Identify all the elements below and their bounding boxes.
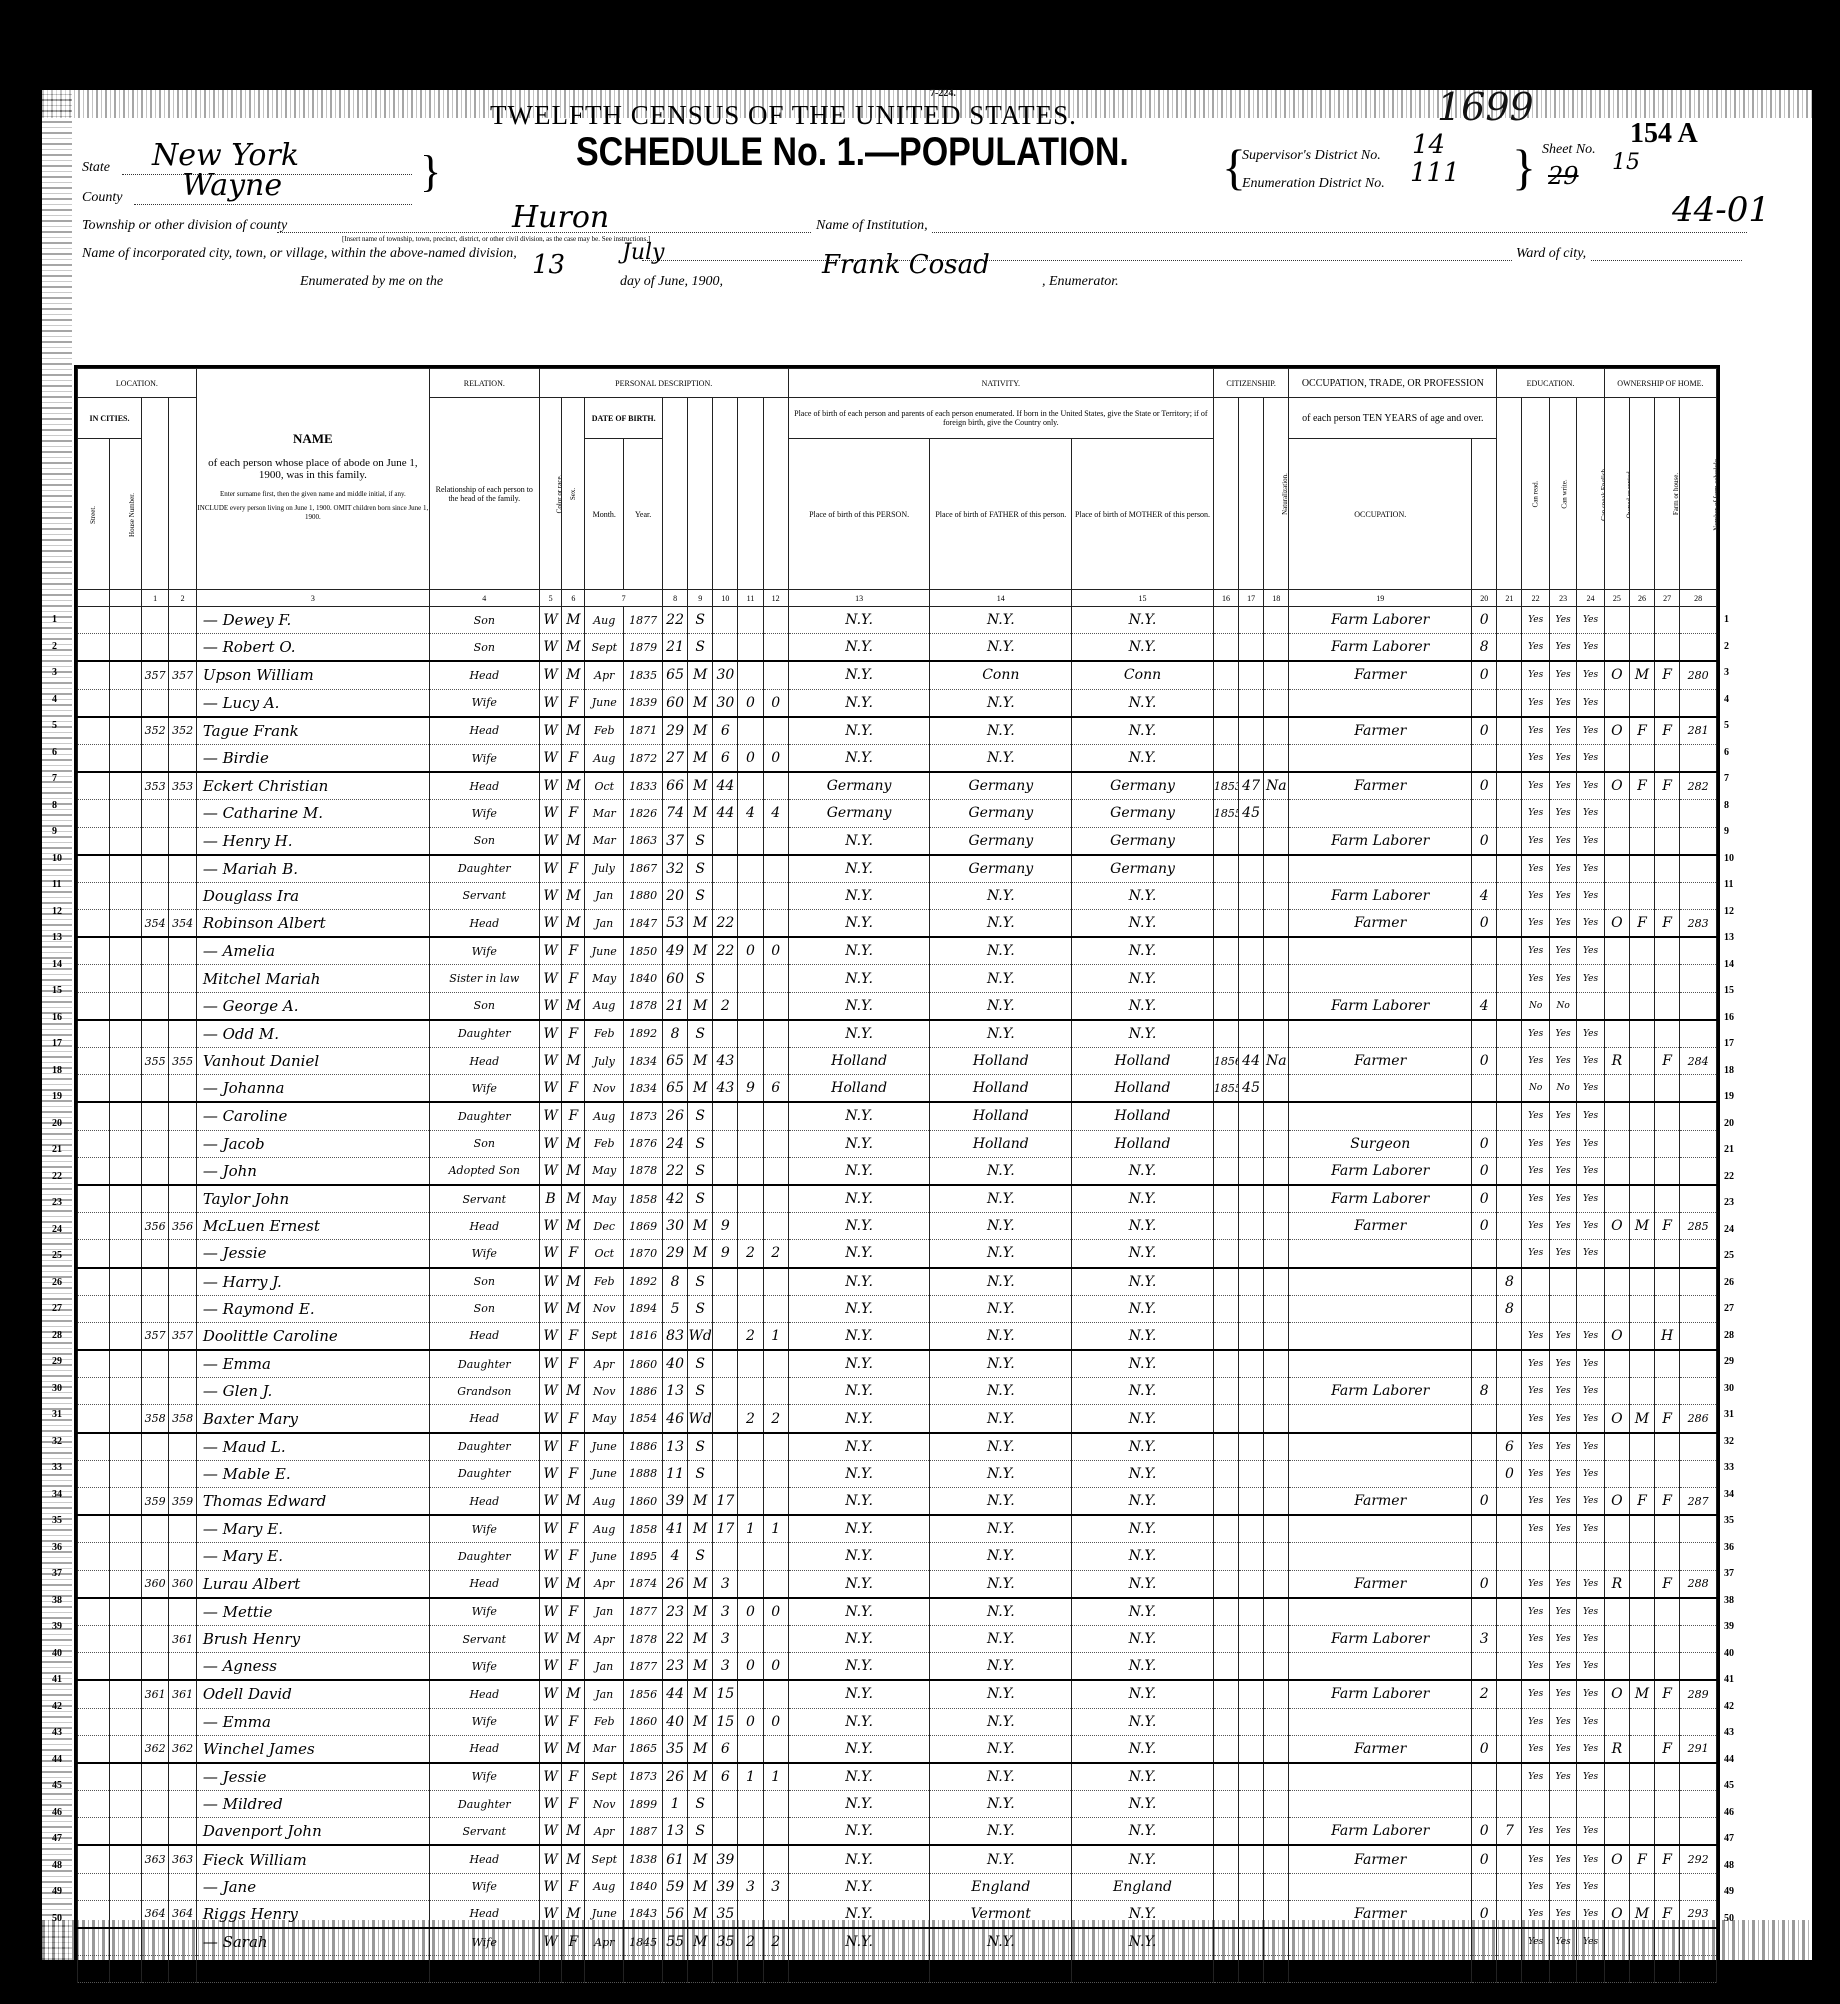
cell-occupation	[1289, 1405, 1472, 1433]
cell-years-in-us	[1239, 717, 1264, 745]
col-relation-desc: Relationship of each person to the head …	[429, 398, 539, 590]
cell-birthplace: N.Y.	[788, 689, 930, 717]
name-instr1: Enter surname first, then the given name…	[197, 490, 429, 498]
cell-father-birthplace: N.Y.	[930, 1598, 1072, 1626]
cell-attended-school	[1497, 1157, 1522, 1185]
cell-age: 27	[663, 744, 688, 772]
cell-father-birthplace: N.Y.	[930, 744, 1072, 772]
cell-mother-birthplace: N.Y.	[1072, 965, 1214, 992]
cell-relation: Servant	[429, 882, 539, 909]
cell-birthplace: N.Y.	[788, 1185, 930, 1213]
cell-children-living	[763, 1488, 788, 1516]
census-row: — Maud L.DaughterWFJune188613SN.Y.N.Y.N.…	[78, 1433, 1717, 1461]
cell-years-in-us	[1239, 1845, 1264, 1873]
col-occupation-desc: of each person TEN YEARS of age and over…	[1289, 398, 1497, 439]
cell-owned-free	[1629, 827, 1654, 855]
cell-mother-birthplace: N.Y.	[1072, 689, 1214, 717]
cell-street	[78, 1350, 110, 1378]
cell-years-in-us	[1239, 1598, 1264, 1626]
cell-color: W	[539, 1322, 562, 1350]
cell-mother-birthplace: N.Y.	[1072, 1900, 1214, 1928]
cell-mother-of	[738, 1735, 763, 1763]
col-group-occupation: OCCUPATION, TRADE, OR PROFESSION	[1289, 369, 1497, 398]
cell-mother-birthplace: Holland	[1072, 1075, 1214, 1103]
cell-mother-birthplace: N.Y.	[1072, 1680, 1214, 1708]
row-number: 50	[52, 1906, 72, 1933]
cell-immigration-year	[1213, 1185, 1238, 1213]
census-row: Taylor JohnServantBMMay185842SN.Y.N.Y.N.…	[78, 1185, 1717, 1213]
column-number: 3	[196, 590, 429, 607]
cell-marital: M	[688, 1708, 713, 1735]
cell-can-speak-english: Yes	[1577, 1048, 1604, 1075]
cell-age: 56	[663, 1900, 688, 1928]
cell-can-read: Yes	[1522, 1653, 1549, 1681]
cell-person-name: — Mildred	[196, 1791, 429, 1818]
census-row: 357357Doolittle CarolineHeadWFSept181683…	[78, 1322, 1717, 1350]
cell-dwelling	[141, 1295, 168, 1322]
row-number: 36	[1724, 1535, 1754, 1562]
cell-street	[78, 1900, 110, 1928]
cell-can-speak-english	[1577, 992, 1604, 1020]
cell-can-speak-english: Yes	[1577, 1488, 1604, 1516]
cell-birth-month: Jan	[585, 1653, 624, 1681]
cell-years-married: 35	[713, 1900, 738, 1928]
cell-mother-birthplace: Germany	[1072, 827, 1214, 855]
row-number: 36	[52, 1535, 72, 1562]
cell-street	[78, 1185, 110, 1213]
cell-street	[78, 1405, 110, 1433]
col-can-speak-english: Can speak English.	[1577, 398, 1604, 590]
row-number: 24	[52, 1217, 72, 1244]
cell-attended-school	[1497, 1845, 1522, 1873]
cell-owned-rented: O	[1604, 661, 1629, 689]
column-number: 23	[1549, 590, 1576, 607]
cell-age: 46	[663, 1405, 688, 1433]
cell-owned-free	[1629, 992, 1654, 1020]
cell-dwelling	[141, 965, 168, 992]
cell-farm-house	[1655, 1543, 1680, 1570]
row-number: 22	[52, 1164, 72, 1191]
cell-can-write: Yes	[1549, 1873, 1576, 1900]
enumerated-day: 13	[532, 250, 565, 280]
cell-occupation	[1289, 1928, 1472, 1956]
cell-birth-year: 1886	[624, 1433, 663, 1461]
cell-dwelling: 359	[141, 1488, 168, 1516]
cell-children-living	[763, 607, 788, 634]
cell-father-birthplace: N.Y.	[930, 1433, 1072, 1461]
cell-birthplace: N.Y.	[788, 744, 930, 772]
cell-farm-schedule	[1680, 1818, 1717, 1846]
cell-children-living	[763, 855, 788, 883]
cell-children-living: 3	[763, 1873, 788, 1900]
cell-years-married: 44	[713, 772, 738, 800]
cell-birthplace: N.Y.	[788, 1460, 930, 1487]
cell-age: 29	[663, 1240, 688, 1268]
cell-house-number	[109, 744, 141, 772]
cell-mother-birthplace: N.Y.	[1072, 1570, 1214, 1598]
cell-children-living	[763, 882, 788, 909]
cell-farm-schedule	[1680, 1460, 1717, 1487]
cell-owned-free	[1629, 1818, 1654, 1846]
cell-naturalization: Na	[1264, 1048, 1289, 1075]
cell-mother-birthplace: Germany	[1072, 772, 1214, 800]
cell-sex: F	[562, 1102, 585, 1130]
cell-person-name: — Robert O.	[196, 634, 429, 662]
cell-person-name: — Harry J.	[196, 1268, 429, 1296]
col-birth-person: Place of birth of this PERSON.	[788, 439, 930, 590]
cell-owned-free	[1629, 1928, 1654, 1956]
cell-birth-year: 1860	[624, 1350, 663, 1378]
cell-can-write: Yes	[1549, 965, 1576, 992]
cell-father-birthplace: Vermont	[930, 1900, 1072, 1928]
cell-children-living	[763, 992, 788, 1020]
township-label: Township or other division of county	[82, 218, 287, 234]
cell-family	[169, 744, 196, 772]
cell-can-speak-english: Yes	[1577, 607, 1604, 634]
cell-can-speak-english: Yes	[1577, 1213, 1604, 1240]
nativity-title: NATIVITY.	[789, 379, 1213, 388]
cell-owned-rented: O	[1604, 1680, 1629, 1708]
cell-immigration-year	[1213, 1708, 1238, 1735]
cell-can-speak-english: Yes	[1577, 1075, 1604, 1103]
cell-birthplace: N.Y.	[788, 661, 930, 689]
cell-relation: Wife	[429, 1240, 539, 1268]
cell-color: W	[539, 882, 562, 909]
census-row: — BirdieWifeWFAug187227M600N.Y.N.Y.N.Y.Y…	[78, 744, 1717, 772]
cell-mother-birthplace: N.Y.	[1072, 607, 1214, 634]
cell-mother-birthplace: N.Y.	[1072, 1268, 1214, 1296]
cell-can-write: Yes	[1549, 1515, 1576, 1543]
cell-can-read: Yes	[1522, 800, 1549, 827]
row-number: 18	[1724, 1058, 1754, 1085]
cell-birthplace: N.Y.	[788, 607, 930, 634]
cell-owned-rented	[1604, 1157, 1629, 1185]
cell-street	[78, 1020, 110, 1048]
cell-owned-free	[1629, 1295, 1654, 1322]
cell-father-birthplace: N.Y.	[930, 1653, 1072, 1681]
census-row: — Mary E.WifeWFAug185841M1711N.Y.N.Y.N.Y…	[78, 1515, 1717, 1543]
cell-marital: S	[688, 1020, 713, 1048]
cell-father-birthplace: N.Y.	[930, 1213, 1072, 1240]
cell-naturalization	[1264, 1295, 1289, 1322]
cell-can-write: Yes	[1549, 1653, 1576, 1681]
row-number: 49	[52, 1879, 72, 1906]
cell-birthplace: N.Y.	[788, 910, 930, 938]
cell-birthplace: N.Y.	[788, 992, 930, 1020]
cell-years-married	[713, 1102, 738, 1130]
cell-house-number	[109, 772, 141, 800]
cell-years-married: 11	[713, 1956, 738, 1983]
cell-children-living	[763, 1102, 788, 1130]
cell-sex: F	[562, 937, 585, 965]
cell-dwelling: 358	[141, 1405, 168, 1433]
cell-father-birthplace: N.Y.	[930, 1185, 1072, 1213]
census-table: LOCATION. NAME of each person whose plac…	[74, 365, 1720, 1986]
cell-years-in-us	[1239, 1928, 1264, 1956]
cell-sex: M	[562, 717, 585, 745]
row-number: 8	[1724, 793, 1754, 820]
cell-mother-birthplace: N.Y.	[1072, 1791, 1214, 1818]
column-number: 5	[539, 590, 562, 607]
ward-label: Ward of city,	[1512, 246, 1590, 262]
cell-dwelling	[141, 1791, 168, 1818]
cell-children-living	[763, 772, 788, 800]
cell-owned-rented	[1604, 1075, 1629, 1103]
cell-years-married: 6	[713, 717, 738, 745]
cell-house-number	[109, 1460, 141, 1487]
census-row: — JessieWifeWFOct187029M922N.Y.N.Y.N.Y.Y…	[78, 1240, 1717, 1268]
cell-attended-school	[1497, 855, 1522, 883]
cell-person-name: Douglass Ira	[196, 882, 429, 909]
cell-owned-rented	[1604, 937, 1629, 965]
census-row: — SarahWifeWFApr184555M3522N.Y.N.Y.N.Y.Y…	[78, 1928, 1717, 1956]
cell-relation: Daughter	[429, 1350, 539, 1378]
cell-children-living	[763, 1543, 788, 1570]
cell-dwelling: 352	[141, 717, 168, 745]
cell-immigration-year	[1213, 1680, 1238, 1708]
cell-marital: M	[688, 1625, 713, 1652]
cell-family	[169, 937, 196, 965]
cell-dwelling: 363	[141, 1845, 168, 1873]
cell-color: W	[539, 910, 562, 938]
cell-attended-school: 8	[1497, 1295, 1522, 1322]
cell-years-in-us	[1239, 1763, 1264, 1791]
schedule-title: SCHEDULE No. 1.—POPULATION.	[576, 130, 1129, 175]
cell-sex: M	[562, 1048, 585, 1075]
row-number: 21	[52, 1137, 72, 1164]
cell-immigration-year	[1213, 1405, 1238, 1433]
cell-years-in-us	[1239, 1791, 1264, 1818]
census-row: 356356McLuen ErnestHeadWMDec186930M9N.Y.…	[78, 1213, 1717, 1240]
row-number: 17	[52, 1031, 72, 1058]
cell-children-living	[763, 1791, 788, 1818]
cell-farm-house: F	[1655, 1845, 1680, 1873]
cell-marital: M	[688, 744, 713, 772]
cell-house-number	[109, 1322, 141, 1350]
cell-attended-school	[1497, 1350, 1522, 1378]
cell-birthplace: N.Y.	[788, 827, 930, 855]
cell-person-name: Riggs Henry	[196, 1900, 429, 1928]
row-number: 30	[52, 1376, 72, 1403]
cell-occupation	[1289, 1322, 1472, 1350]
cell-years-married: 43	[713, 1048, 738, 1075]
cell-family: 360	[169, 1570, 196, 1598]
row-number: 40	[52, 1641, 72, 1668]
cell-birth-month: Aug	[585, 1102, 624, 1130]
cell-mother-birthplace: N.Y.	[1072, 1460, 1214, 1487]
cell-farm-house	[1655, 1378, 1680, 1405]
cell-dwelling	[141, 689, 168, 717]
cell-owned-free	[1629, 882, 1654, 909]
cell-mother-birthplace: N.Y.	[1072, 1625, 1214, 1652]
cell-relation: Wife	[429, 1075, 539, 1103]
cell-occupation: Farmer	[1289, 1488, 1472, 1516]
cell-years-married	[713, 1378, 738, 1405]
cell-immigration-year	[1213, 1900, 1238, 1928]
cell-can-read	[1522, 1791, 1549, 1818]
cell-can-write: Yes	[1549, 937, 1576, 965]
cell-farm-schedule	[1680, 1708, 1717, 1735]
cell-person-name: Robinson Albert	[196, 910, 429, 938]
cell-birth-month: June	[585, 1900, 624, 1928]
cell-can-write: Yes	[1549, 744, 1576, 772]
cell-sex: F	[562, 689, 585, 717]
cell-owned-free: M	[1629, 1213, 1654, 1240]
cell-birth-year: 1878	[624, 1625, 663, 1652]
cell-months-unemployed: 4	[1472, 992, 1497, 1020]
col-nativity-desc: Place of birth of each person and parent…	[788, 398, 1213, 439]
cell-family	[169, 1791, 196, 1818]
cell-family	[169, 1653, 196, 1681]
cell-relation: Son	[429, 1268, 539, 1296]
cell-occupation: Farm Laborer	[1289, 1157, 1472, 1185]
cell-years-in-us	[1239, 1350, 1264, 1378]
cell-can-read: Yes	[1522, 689, 1549, 717]
cell-birth-year: 1867	[624, 855, 663, 883]
cell-sex: M	[562, 772, 585, 800]
cell-father-birthplace: N.Y.	[930, 1488, 1072, 1516]
cell-street	[78, 1653, 110, 1681]
cell-attended-school	[1497, 1791, 1522, 1818]
row-number: 19	[52, 1084, 72, 1111]
cell-farm-house	[1655, 1295, 1680, 1322]
city-label: Name of incorporated city, town, or vill…	[82, 246, 517, 262]
cell-can-read: Yes	[1522, 1708, 1549, 1735]
cell-farm-schedule	[1680, 1185, 1717, 1213]
row-number: 43	[52, 1720, 72, 1747]
cell-mother-of	[738, 1818, 763, 1846]
cell-owned-rented: O	[1604, 1213, 1629, 1240]
cell-owned-rented	[1604, 855, 1629, 883]
cell-father-birthplace: Germany	[930, 772, 1072, 800]
cell-occupation	[1289, 744, 1472, 772]
cell-color: W	[539, 744, 562, 772]
cell-years-married: 17	[713, 1515, 738, 1543]
cell-age: 65	[663, 1048, 688, 1075]
cell-owned-free	[1629, 1020, 1654, 1048]
cell-father-birthplace: Holland	[930, 1102, 1072, 1130]
cell-can-speak-english: Yes	[1577, 689, 1604, 717]
cell-father-birthplace: N.Y.	[930, 1680, 1072, 1708]
cell-color: W	[539, 689, 562, 717]
cell-months-unemployed	[1472, 1322, 1497, 1350]
cell-can-read: Yes	[1522, 1488, 1549, 1516]
cell-birth-year: 1835	[624, 661, 663, 689]
cell-immigration-year	[1213, 1240, 1238, 1268]
cell-color: W	[539, 1130, 562, 1157]
cell-can-speak-english: Yes	[1577, 1350, 1604, 1378]
cell-mother-of	[738, 717, 763, 745]
cell-years-in-us	[1239, 1900, 1264, 1928]
cell-street	[78, 1625, 110, 1652]
cell-color: W	[539, 1157, 562, 1185]
cell-children-living	[763, 1956, 788, 1983]
row-number: 44	[52, 1747, 72, 1774]
cell-marital: M	[688, 1956, 713, 1983]
cell-months-unemployed	[1472, 1268, 1497, 1296]
cell-immigration-year	[1213, 1322, 1238, 1350]
cell-children-living	[763, 661, 788, 689]
census-row: 363363Fieck WilliamHeadWMSept183861M39N.…	[78, 1845, 1717, 1873]
cell-immigration-year	[1213, 1598, 1238, 1626]
cell-can-read: Yes	[1522, 1515, 1549, 1543]
cell-birthplace: N.Y.	[788, 1240, 930, 1268]
cell-months-unemployed: 0	[1472, 1845, 1497, 1873]
cell-mother-birthplace: N.Y.	[1072, 1185, 1214, 1213]
cell-age: 83	[663, 1322, 688, 1350]
cell-can-speak-english: Yes	[1577, 744, 1604, 772]
cell-can-read: Yes	[1522, 1818, 1549, 1846]
cell-street	[78, 1433, 110, 1461]
row-number: 38	[52, 1588, 72, 1615]
cell-can-read	[1522, 1543, 1549, 1570]
cell-attended-school	[1497, 1185, 1522, 1213]
cell-attended-school	[1497, 1653, 1522, 1681]
cell-color: W	[539, 1680, 562, 1708]
cell-birth-month: July	[585, 855, 624, 883]
cell-occupation	[1289, 937, 1472, 965]
cell-can-speak-english: Yes	[1577, 1956, 1604, 1983]
cell-naturalization	[1264, 882, 1289, 909]
cell-birth-year: 1838	[624, 1845, 663, 1873]
cell-mother-of	[738, 1543, 763, 1570]
cell-street	[78, 1048, 110, 1075]
cell-house-number	[109, 1488, 141, 1516]
cell-immigration-year	[1213, 744, 1238, 772]
row-number: 25	[1724, 1243, 1754, 1270]
cell-sex: M	[562, 634, 585, 662]
cell-color: W	[539, 1625, 562, 1652]
cell-immigration-year	[1213, 910, 1238, 938]
cell-years-in-us	[1239, 1653, 1264, 1681]
cell-farm-schedule	[1680, 1598, 1717, 1626]
cell-father-birthplace: N.Y.	[930, 634, 1072, 662]
cell-person-name: — Birdie	[196, 744, 429, 772]
cell-attended-school: 6	[1497, 1433, 1522, 1461]
cell-father-birthplace: N.Y.	[930, 1460, 1072, 1487]
cell-mother-of	[738, 1433, 763, 1461]
cell-months-unemployed: 0	[1472, 1570, 1497, 1598]
cell-mother-of: 9	[738, 1075, 763, 1103]
cell-farm-house	[1655, 1102, 1680, 1130]
cell-years-married	[713, 1818, 738, 1846]
cell-marital: M	[688, 937, 713, 965]
cell-age: 40	[663, 1350, 688, 1378]
cell-sex: F	[562, 1020, 585, 1048]
column-number: 25	[1604, 590, 1629, 607]
cell-mother-birthplace: N.Y.	[1072, 1405, 1214, 1433]
cell-can-read: Yes	[1522, 1405, 1549, 1433]
cell-street	[78, 1213, 110, 1240]
cell-marital: M	[688, 1598, 713, 1626]
cell-can-speak-english: Yes	[1577, 1185, 1604, 1213]
cell-sex: M	[562, 1488, 585, 1516]
cell-children-living	[763, 1020, 788, 1048]
cell-color: W	[539, 1956, 562, 1983]
cell-age: 44	[663, 1680, 688, 1708]
row-number: 41	[1724, 1667, 1754, 1694]
cell-person-name: Tague Frank	[196, 717, 429, 745]
cell-occupation: Farm Laborer	[1289, 992, 1472, 1020]
cell-sex: F	[562, 1653, 585, 1681]
supervisor-label: Supervisor's District No.	[1242, 148, 1381, 164]
cell-farm-house	[1655, 992, 1680, 1020]
census-title: TWELFTH CENSUS OF THE UNITED STATES.	[490, 100, 1077, 131]
cell-father-birthplace: N.Y.	[930, 1020, 1072, 1048]
cell-dwelling: 362	[141, 1735, 168, 1763]
cell-owned-rented	[1604, 634, 1629, 662]
cell-sex: M	[562, 1570, 585, 1598]
